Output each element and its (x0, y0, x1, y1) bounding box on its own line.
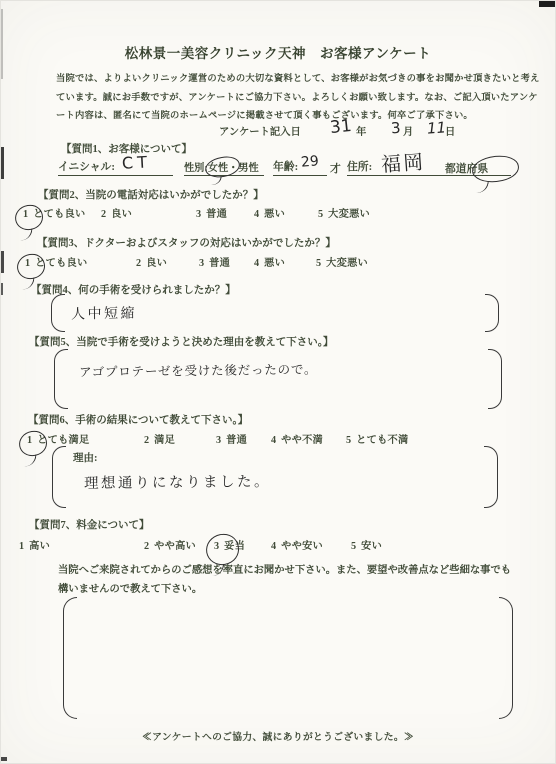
date-row: アンケート記入日 31 年 3 月 11 日 (1, 123, 555, 143)
intro-paragraph: 当院では、よりよいクリニック運営のための大切な資料として、お客様がお気づきの事を… (56, 70, 526, 126)
date-month-value-handwritten: 3 (390, 119, 401, 138)
option-label: 良い (111, 209, 132, 220)
q6-reason-label: 理由: (73, 450, 98, 465)
option-label: 普通 (226, 435, 247, 446)
survey-page: 松林景一美容クリニック天神 お客様アンケート 当院では、よりよいクリニック運営の… (0, 0, 556, 764)
q2-option-5: 5大変悪い (318, 205, 370, 220)
q4-answer-box: 人中短縮 (51, 294, 499, 332)
option-label: 普通 (206, 209, 227, 220)
initials-field: イニシャル: CT (58, 159, 173, 176)
selection-circle (203, 154, 241, 180)
intro-line: ています。誠にお手数ですが、アンケートにご協力下さい。よろしくお願い致します。な… (56, 89, 526, 108)
q6-option-2: 2満足 (144, 431, 175, 446)
option-number: 2 (136, 258, 141, 269)
date-year-unit: 年 (356, 123, 366, 138)
q4-answer-handwritten: 人中短縮 (71, 302, 137, 323)
option-label: 大変悪い (328, 209, 370, 220)
right-bracket (484, 446, 498, 508)
q6-option-5: 5とても不満 (346, 431, 409, 446)
address-field: 住所: 福岡 都道府県 (347, 159, 511, 176)
q6-reason-handwritten: 理想通りになりました。 (84, 470, 271, 493)
q3-option-5: 5大変悪い (316, 254, 368, 269)
q5-heading: 【質問5、当院で手術を受けようと決めた理由を教えて下さい。】 (29, 334, 334, 349)
selection-circle (15, 252, 47, 281)
prefecture-circled: 県 (477, 161, 488, 176)
q2-option-3: 3普通 (196, 205, 227, 220)
right-bracket (499, 597, 513, 719)
gender-option-male: 男性 (238, 163, 258, 174)
gender-option-female: 女性 (208, 159, 228, 174)
option-number: 5 (316, 258, 321, 269)
q7-option-1: 1高い (19, 537, 50, 552)
option-number: 3 (216, 435, 221, 446)
comments-prompt-line: 当院へご来院されてからのご感想を率直にお聞かせ下さい。また、要望や改善点など些細… (58, 561, 511, 580)
page-title: 松林景一美容クリニック天神 お客様アンケート (1, 42, 555, 62)
intro-line: 当院では、よりよいクリニック運営のための大切な資料として、お客様がお気づきの事を… (56, 70, 526, 89)
scan-artifact (539, 1, 556, 7)
date-month-unit: 月 (403, 123, 413, 138)
date-label: アンケート記入日 (219, 123, 301, 138)
q7-heading: 【質問7、料金について】 (29, 517, 150, 532)
option-label: とても不満 (356, 435, 408, 446)
comments-answer-box (63, 597, 513, 719)
option-label: 悪い (264, 258, 285, 269)
option-label: やや不満 (281, 435, 323, 446)
date-day-unit: 日 (445, 123, 455, 138)
option-number: 3 (199, 258, 204, 269)
option-number: 5 (351, 541, 356, 552)
q6-option-3: 3普通 (216, 431, 247, 446)
option-number: 2 (144, 435, 149, 446)
age-label: 年齢: (273, 161, 298, 173)
q7-option-5: 5安い (351, 537, 382, 552)
q6-option-4: 4やや不満 (271, 431, 323, 446)
q3-heading: 【質問3、ドクターおよびスタッフの対応はいかがでしたか？】 (37, 235, 336, 250)
left-bracket (54, 349, 68, 409)
option-label: 大変悪い (326, 258, 368, 269)
initials-value-handwritten: CT (122, 152, 152, 172)
selection-circle (13, 203, 45, 232)
q3-option-1: 1とても良い (25, 254, 88, 269)
scan-artifact (1, 283, 3, 295)
q7-options-row: 1高い 2やや高い 3妥当 4やや安い 5安い (1, 537, 555, 555)
option-number: 4 (254, 258, 259, 269)
scan-artifact (1, 757, 7, 761)
option-number: 5 (346, 435, 351, 446)
q7-option-2: 2やや高い (144, 537, 196, 552)
q7-option-4: 4やや安い (271, 537, 323, 552)
q2-option-1: 1とても良い (23, 205, 86, 220)
footer-thanks: ≪アンケートへのご協力、誠にありがとうございました。≫ (1, 729, 555, 743)
address-value-handwritten: 福岡 (380, 146, 426, 178)
q2-heading: 【質問2、当院の電話対応はいかがでしたか？】 (38, 187, 264, 202)
q1-fields-row: イニシャル: CT 性別:女性・男性 年齢: 29 才 住所: 福岡 都道府県 (1, 159, 555, 181)
option-number: 4 (254, 209, 259, 220)
q6-reason-box: 理由: 理想通りになりました。 (52, 446, 498, 508)
date-day-value-handwritten: 11 (426, 118, 446, 137)
option-number: 3 (196, 209, 201, 220)
q3-options-row: 1とても良い 2良い 3普通 4悪い 5大変悪い (1, 254, 555, 272)
prefecture-suffix: 都道府県 (445, 161, 488, 176)
left-bracket (51, 294, 65, 332)
option-number: 2 (101, 209, 106, 220)
q6-option-1: 1とても満足 (27, 431, 90, 446)
q2-option-2: 2良い (101, 205, 132, 220)
option-label: やや安い (281, 541, 323, 552)
age-unit: 才 (330, 161, 341, 176)
option-label: 安い (361, 541, 382, 552)
q2-options-row: 1とても良い 2良い 3普通 4悪い 5大変悪い (1, 205, 555, 223)
selection-circle (471, 154, 520, 185)
option-number: 4 (271, 541, 276, 552)
q3-option-2: 2良い (136, 254, 167, 269)
date-year-value-handwritten: 31 (329, 116, 353, 138)
gender-field: 性別:女性・男性 (184, 159, 264, 176)
left-bracket (63, 597, 77, 719)
option-number: 1 (19, 541, 24, 552)
age-field: 年齢: 29 (273, 159, 327, 176)
right-bracket (485, 294, 499, 332)
option-label: 満足 (154, 435, 175, 446)
initials-label: イニシャル: (58, 161, 115, 173)
q7-option-3: 3妥当 (214, 537, 245, 552)
q6-heading: 【質問6、手術の結果について教えて下さい。】 (28, 412, 248, 427)
option-number: 4 (271, 435, 276, 446)
option-label: 良い (146, 258, 167, 269)
q3-option-4: 4悪い (254, 254, 285, 269)
option-label: 普通 (209, 258, 230, 269)
q3-option-3: 3普通 (199, 254, 230, 269)
selection-circle (17, 429, 49, 458)
q2-option-4: 4悪い (254, 205, 285, 220)
q5-answer-handwritten: アゴプロテーゼを受けた後だったので。 (79, 360, 317, 381)
option-label: 高い (29, 541, 50, 552)
option-number: 5 (318, 209, 323, 220)
option-label: 悪い (264, 209, 285, 220)
address-label: 住所: (347, 161, 372, 173)
q5-answer-box: アゴプロテーゼを受けた後だったので。 (54, 349, 502, 409)
comments-prompt: 当院へご来院されてからのご感想を率直にお聞かせ下さい。また、要望や改善点など些細… (58, 561, 511, 599)
age-value-handwritten: 29 (300, 153, 319, 170)
option-label: やや高い (154, 541, 196, 552)
right-bracket (488, 349, 502, 409)
option-number: 2 (144, 541, 149, 552)
left-bracket (52, 446, 66, 508)
